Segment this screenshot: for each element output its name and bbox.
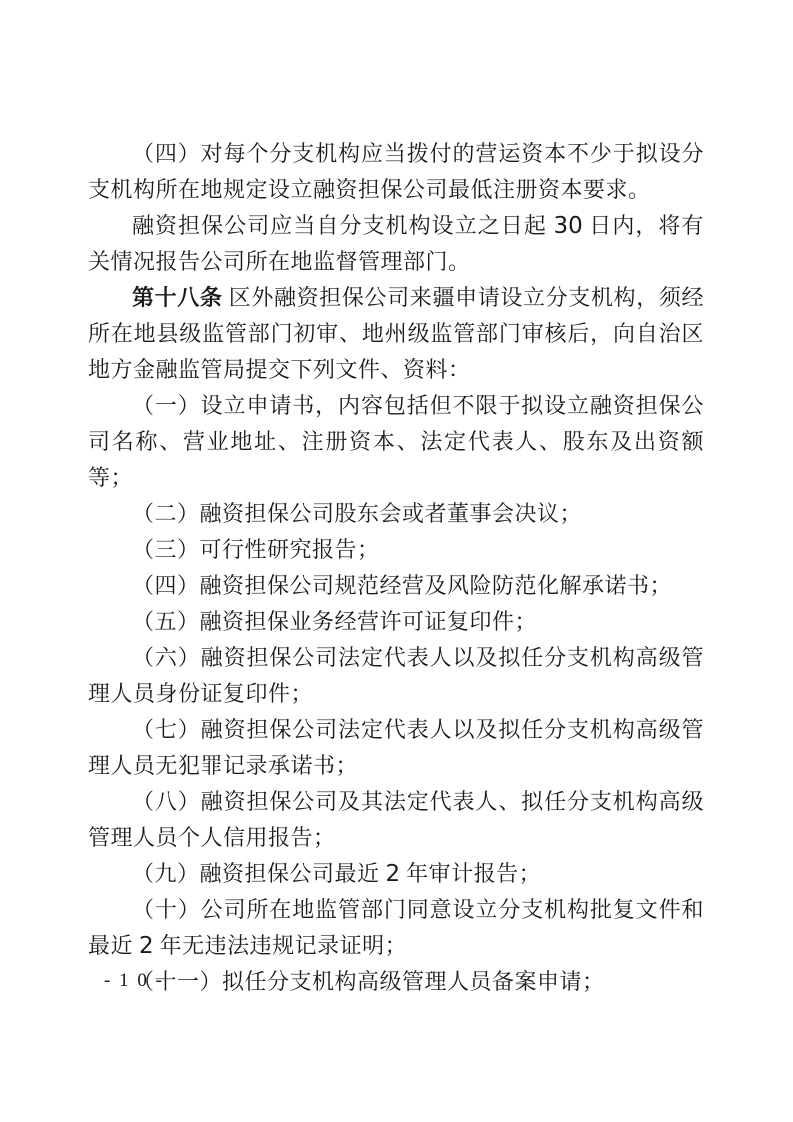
page-number: - 1 0 - <box>104 970 164 992</box>
paragraph: （十）公司所在地监管部门同意设立分支机构批复文件和最近 2 年无违法违规记录证明… <box>88 892 704 964</box>
paragraph: （九）融资担保公司最近 2 年审计报告； <box>88 856 704 892</box>
text-run: （十一）拟任分支机构高级管理人员备案申请； <box>132 969 605 994</box>
text-run: （六）融资担保公司法定代表人以及拟任分支机构高级管理人员身份证复印件； <box>88 645 704 706</box>
paragraph: 第十八条 区外融资担保公司来疆申请设立分支机构，须经所在地县级监管部门初审、地州… <box>88 280 704 388</box>
text-run: （一）设立申请书，内容包括但不限于拟设立融资担保公司名称、营业地址、注册资本、法… <box>88 393 704 490</box>
paragraph: （七）融资担保公司法定代表人以及拟任分支机构高级管理人员无犯罪记录承诺书； <box>88 712 704 784</box>
text-run: （二）融资担保公司股东会或者董事会决议； <box>132 501 582 526</box>
text-run: 融资担保公司应当自分支机构设立之日起 <box>132 213 553 238</box>
text-run: （八）融资担保公司及其法定代表人、拟任分支机构高级管理人员个人信用报告； <box>88 789 704 850</box>
paragraph: （四）融资担保公司规范经营及风险防范化解承诺书； <box>88 568 704 604</box>
paragraph: （五）融资担保业务经营许可证复印件； <box>88 604 704 640</box>
text-run: （七）融资担保公司法定代表人以及拟任分支机构高级管理人员无犯罪记录承诺书； <box>88 717 704 778</box>
document-body: （四）对每个分支机构应当拨付的营运资本不少于拟设分支机构所在地规定设立融资担保公… <box>88 136 704 1000</box>
paragraph: （二）融资担保公司股东会或者董事会决议； <box>88 496 704 532</box>
paragraph: （六）融资担保公司法定代表人以及拟任分支机构高级管理人员身份证复印件； <box>88 640 704 712</box>
article-number: 第十八条 <box>132 285 223 310</box>
text-run: 2 <box>139 933 154 959</box>
text-run: （九）融资担保公司最近 <box>132 861 386 886</box>
document-page: （四）对每个分支机构应当拨付的营运资本不少于拟设分支机构所在地规定设立融资担保公… <box>0 0 793 1122</box>
text-run: （五）融资担保业务经营许可证复印件； <box>132 609 537 634</box>
text-run: 2 <box>386 861 401 887</box>
text-run: 年审计报告； <box>400 861 541 886</box>
text-run: 30 <box>553 213 582 239</box>
paragraph: （八）融资担保公司及其法定代表人、拟任分支机构高级管理人员个人信用报告； <box>88 784 704 856</box>
text-run: （三）可行性研究报告； <box>132 537 380 562</box>
paragraph: （十一）拟任分支机构高级管理人员备案申请； <box>88 964 704 1000</box>
text-run: 年无违法违规记录证明； <box>154 933 408 958</box>
paragraph: （三）可行性研究报告； <box>88 532 704 568</box>
paragraph: （一）设立申请书，内容包括但不限于拟设立融资担保公司名称、营业地址、注册资本、法… <box>88 388 704 496</box>
paragraph: （四）对每个分支机构应当拨付的营运资本不少于拟设分支机构所在地规定设立融资担保公… <box>88 136 704 208</box>
text-run: （四）融资担保公司规范经营及风险防范化解承诺书； <box>132 573 672 598</box>
paragraph: 融资担保公司应当自分支机构设立之日起 30 日内，将有关情况报告公司所在地监督管… <box>88 208 704 280</box>
text-run: （四）对每个分支机构应当拨付的营运资本不少于拟设分支机构所在地规定设立融资担保公… <box>88 141 704 202</box>
